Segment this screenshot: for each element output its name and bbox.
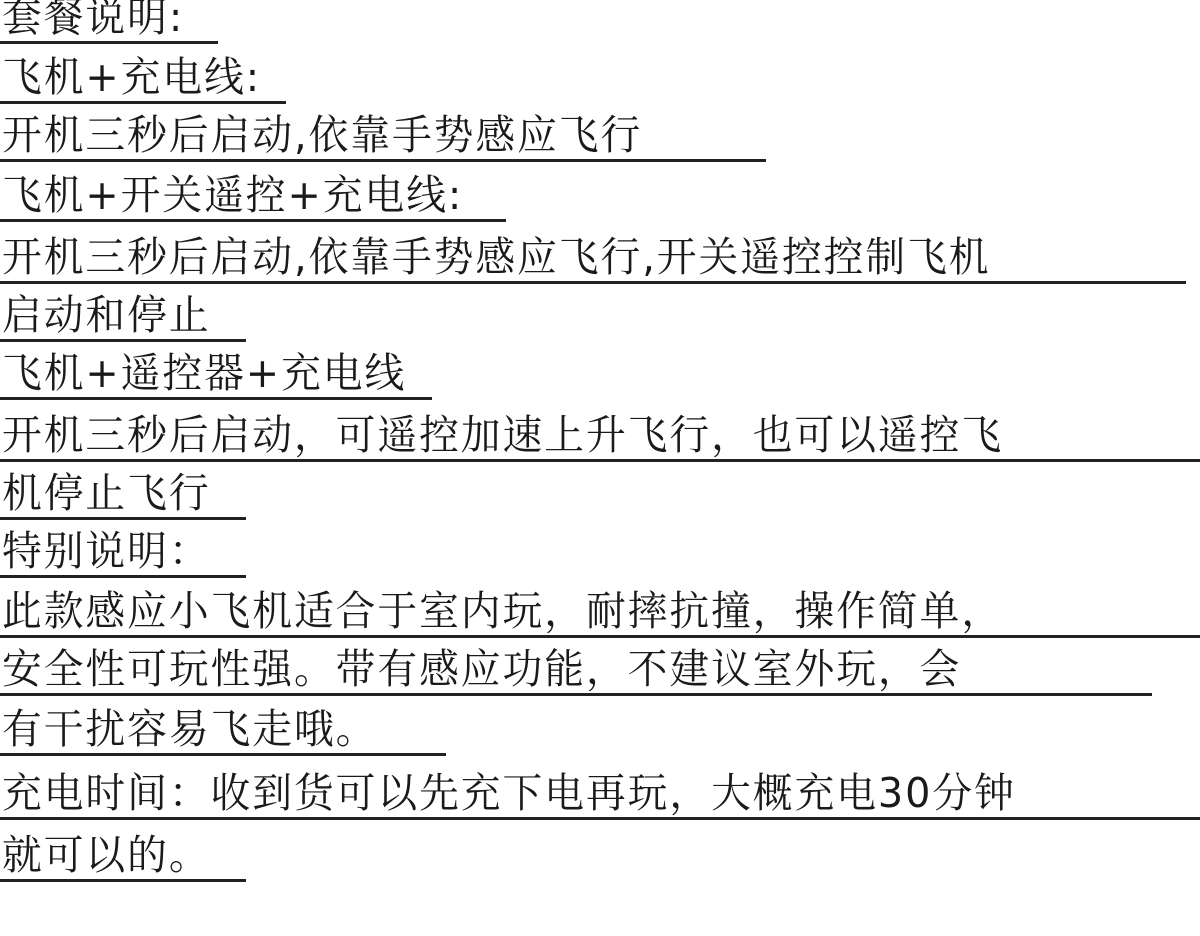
line-text: 特别说明： <box>2 528 211 574</box>
package-1-detail: 开机三秒后启动,依靠手势感应飞行 <box>0 104 1200 162</box>
line-text: 安全性可玩性强。带有感应功能，不建议室外玩，会 <box>2 646 961 692</box>
underline-rule <box>0 753 446 756</box>
line-text: 开机三秒后启动，可遥控加速上升飞行，也可以遥控飞 <box>2 412 1003 458</box>
special-notes-line-3: 有干扰容易飞走哦。 <box>0 698 1200 756</box>
charging-time-line-2: 就可以的。 <box>0 824 1200 882</box>
package-2-title: 飞机+开关遥控+充电线: <box>0 164 1200 222</box>
line-text: 此款感应小飞机适合于室内玩，耐摔抗撞，操作简单， <box>2 588 1003 634</box>
line-text: 开机三秒后启动,依靠手势感应飞行,开关遥控控制飞机 <box>2 234 991 280</box>
special-notes-line-1: 此款感应小飞机适合于室内玩，耐摔抗撞，操作简单， <box>0 580 1200 638</box>
package-2-detail-line-2: 启动和停止 <box>0 284 1200 342</box>
charging-time-line-1: 充电时间：收到货可以先充下电再玩，大概充电30分钟 <box>0 762 1200 820</box>
package-1-title: 飞机+充电线: <box>0 46 1200 104</box>
underline-rule <box>0 575 246 578</box>
line-text: 开机三秒后启动,依靠手势感应飞行 <box>2 112 642 158</box>
heading-special-notes: 特别说明： <box>0 520 1200 578</box>
underline-rule <box>0 817 1200 820</box>
underline-rule <box>0 159 766 162</box>
heading-package-description: 套餐说明: <box>0 0 1200 44</box>
underline-rule <box>0 879 246 882</box>
underline-rule <box>0 693 1152 696</box>
line-text: 充电时间：收到货可以先充下电再玩，大概充电30分钟 <box>2 770 1016 816</box>
underline-rule <box>0 41 218 44</box>
package-3-title: 飞机+遥控器+充电线 <box>0 342 1200 400</box>
underline-rule <box>0 397 432 400</box>
package-2-detail-line-1: 开机三秒后启动,依靠手势感应飞行,开关遥控控制飞机 <box>0 226 1200 284</box>
line-text: 就可以的。 <box>2 832 211 878</box>
package-3-detail-line-1: 开机三秒后启动，可遥控加速上升飞行，也可以遥控飞 <box>0 404 1200 462</box>
line-text: 套餐说明: <box>2 0 184 40</box>
package-3-detail-line-2: 机停止飞行 <box>0 462 1200 520</box>
line-text: 启动和停止 <box>2 292 211 338</box>
line-text: 飞机+遥控器+充电线 <box>2 350 406 396</box>
line-text: 机停止飞行 <box>2 470 211 516</box>
special-notes-line-2: 安全性可玩性强。带有感应功能，不建议室外玩，会 <box>0 638 1200 696</box>
line-text: 有干扰容易飞走哦。 <box>2 706 377 752</box>
line-text: 飞机+开关遥控+充电线: <box>2 172 463 218</box>
underline-rule <box>0 219 506 222</box>
line-text: 飞机+充电线: <box>2 54 261 100</box>
